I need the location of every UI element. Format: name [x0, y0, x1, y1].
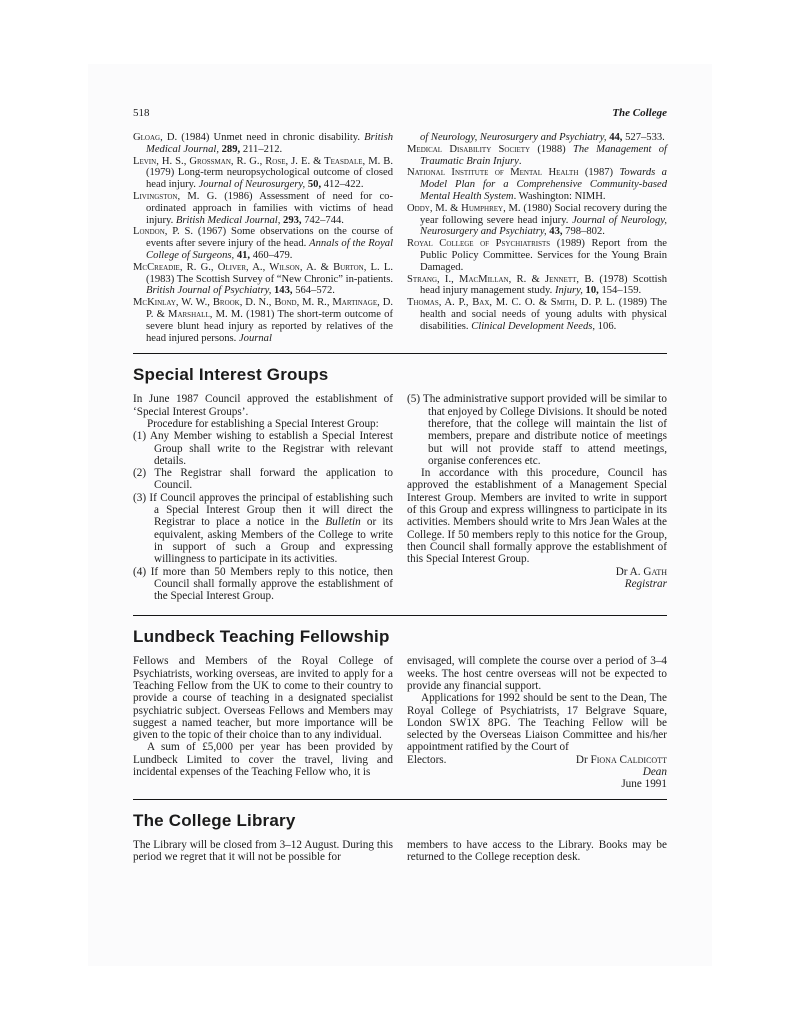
paragraph: envisaged, will complete the course over…	[407, 655, 667, 692]
text-segment: Medical Disability Society	[407, 144, 530, 155]
text-segment: Gloag, D.	[133, 132, 177, 143]
text-segment: 293,	[283, 215, 302, 226]
text-segment: McCreadie, R. G., Oliver, A., Wilson, A.…	[133, 262, 393, 273]
section-heading-special-interest-groups: Special Interest Groups	[133, 365, 667, 385]
reference-entry: of Neurology, Neurosurgery and Psychiatr…	[407, 132, 667, 144]
text-segment: envisaged, will complete the course over…	[407, 655, 667, 692]
text-segment: 44,	[609, 132, 622, 143]
paragraph: A sum of £5,000 per year has been provid…	[133, 741, 393, 778]
text-segment: Journal	[239, 333, 272, 344]
text-segment: (1987)	[578, 167, 619, 178]
section-divider	[133, 353, 667, 354]
reference-entry: London, P. S. (1967) Some observations o…	[133, 226, 393, 261]
paragraph: In accordance with this procedure, Counc…	[407, 467, 667, 565]
section-special-interest-groups: In June 1987 Council approved the establ…	[133, 393, 667, 602]
text-segment: Injury,	[555, 285, 586, 296]
reference-entry: Levin, H. S., Grossman, R. G., Rose, J. …	[133, 156, 393, 191]
line-left: Electors.	[407, 754, 446, 766]
reference-entry: McCreadie, R. G., Oliver, A., Wilson, A.…	[133, 262, 393, 297]
reference-entry: Medical Disability Society (1988) The Ma…	[407, 144, 667, 168]
text-segment: Electors.	[407, 754, 446, 766]
text-segment: 460–479.	[250, 250, 292, 261]
document-scan: { "colors": {"page_background": "#fbfbfc…	[0, 0, 800, 1036]
section-heading-the-college-library: The College Library	[133, 811, 667, 831]
signature-line: Dr A. Gath	[407, 566, 667, 578]
college-library-left-column: The Library will be closed from 3–12 Aug…	[133, 839, 393, 864]
page-number: 518	[133, 107, 150, 119]
text-segment: Livingston, M. G.	[133, 191, 217, 202]
text-segment: 10,	[586, 285, 599, 296]
line-right: Dr Fiona Caldicott	[576, 754, 667, 766]
paragraph: The Library will be closed from 3–12 Aug…	[133, 839, 393, 864]
text-segment: 41,	[237, 250, 250, 261]
reference-entry: Strang, I., MacMillan, R. & Jennett, B. …	[407, 274, 667, 298]
text-segment: Strang, I., MacMillan, R. & Jennett, B.	[407, 274, 594, 285]
text-segment: Gath	[643, 566, 667, 578]
text-segment: members to have access to the Library. B…	[407, 839, 667, 863]
text-segment: British Journal of Psychiatry,	[146, 285, 274, 296]
paragraph: (2) The Registrar shall forward the appl…	[133, 467, 393, 492]
text-segment: 43,	[549, 226, 562, 237]
text-segment: June 1991	[621, 778, 667, 790]
paragraph: (1) Any Member wishing to establish a Sp…	[133, 430, 393, 467]
text-segment: Procedure for establishing a Special Int…	[147, 418, 379, 430]
reference-entry: Royal College of Psychiatrists (1989) Re…	[407, 238, 667, 273]
text-segment: Dr A.	[616, 566, 644, 578]
text-segment: Fiona Caldicott	[591, 754, 667, 766]
text-segment: Royal College of Psychiatrists	[407, 238, 550, 249]
text-segment: of Neurology, Neurosurgery and Psychiatr…	[420, 132, 609, 143]
text-segment: 211–212.	[240, 144, 282, 155]
reference-entry: Oddy, M. & Humphrey, M. (1980) Social re…	[407, 203, 667, 238]
paragraph: (4) If more than 50 Members reply to thi…	[133, 566, 393, 603]
paragraph: Fellows and Members of the Royal College…	[133, 655, 393, 741]
page-header: 518 The College	[133, 64, 667, 119]
text-segment: 50,	[308, 179, 321, 190]
text-segment: Dean	[643, 766, 667, 778]
text-segment: Bulletin	[325, 516, 360, 528]
text-segment: 289,	[222, 144, 241, 155]
text-segment: Applications for 1992 should be sent to …	[407, 692, 667, 753]
paragraph: Procedure for establishing a Special Int…	[133, 418, 393, 430]
references-right-column: of Neurology, Neurosurgery and Psychiatr…	[407, 132, 667, 344]
section-heading-lundbeck-teaching-fellowship: Lundbeck Teaching Fellowship	[133, 627, 667, 647]
college-library-right-column: members to have access to the Library. B…	[407, 839, 667, 864]
references-section: Gloag, D. (1984) Unmet need in chronic d…	[133, 132, 667, 344]
lundbeck-left-column: Fellows and Members of the Royal College…	[133, 655, 393, 790]
signature-line: June 1991	[407, 778, 667, 790]
text-segment: .	[519, 156, 522, 167]
text-segment: Clinical Development Needs	[471, 321, 592, 332]
text-segment: In accordance with this procedure, Counc…	[407, 467, 667, 565]
section-divider	[133, 615, 667, 616]
reference-entry: Gloag, D. (1984) Unmet need in chronic d…	[133, 132, 393, 156]
text-segment: Fellows and Members of the Royal College…	[133, 655, 393, 741]
text-segment: (1988)	[530, 144, 573, 155]
running-head: The College	[612, 107, 667, 119]
paragraph: In June 1987 Council approved the establ…	[133, 393, 393, 418]
special-interest-groups-right-column: (5) The administrative support provided …	[407, 393, 667, 602]
text-segment: Oddy, M. & Humphrey, M.	[407, 203, 521, 214]
text-segment: , 106.	[592, 321, 616, 332]
paragraph: (5) The administrative support provided …	[407, 393, 667, 467]
text-segment: 742–744.	[302, 215, 344, 226]
text-segment: Registrar	[625, 578, 667, 590]
paragraph: Applications for 1992 should be sent to …	[407, 692, 667, 753]
text-segment: (4) If more than 50 Members reply to thi…	[133, 566, 393, 603]
scanned-page: 518 The College Gloag, D. (1984) Unmet n…	[88, 64, 712, 966]
text-segment: British Medical Journal,	[176, 215, 283, 226]
text-segment: A sum of £5,000 per year has been provid…	[133, 741, 393, 778]
reference-entry: National Institute of Mental Health (198…	[407, 167, 667, 202]
text-segment: Thomas, A. P., Bax, M. C. O. & Smith, D.…	[407, 297, 615, 308]
text-segment: (5) The administrative support provided …	[407, 393, 667, 466]
lundbeck-right-column: envisaged, will complete the course over…	[407, 655, 667, 790]
text-segment: In June 1987 Council approved the establ…	[133, 393, 393, 417]
text-segment: 412–422.	[321, 179, 363, 190]
reference-entry: Thomas, A. P., Bax, M. C. O. & Smith, D.…	[407, 297, 667, 332]
signature-line: Electors.Dr Fiona Caldicott	[407, 754, 667, 766]
text-segment: Dr	[576, 754, 591, 766]
reference-entry: Livingston, M. G. (1986) Assessment of n…	[133, 191, 393, 226]
references-left-column: Gloag, D. (1984) Unmet need in chronic d…	[133, 132, 393, 344]
text-segment: 564–572.	[293, 285, 335, 296]
text-segment: Journal of Neurosurgery,	[199, 179, 308, 190]
text-segment: The Library will be closed from 3–12 Aug…	[133, 839, 393, 863]
text-segment: National Institute of Mental Health	[407, 167, 578, 178]
text-segment: . Washington: NIMH.	[514, 191, 606, 202]
paragraph: (3) If Council approves the principal of…	[133, 492, 393, 566]
special-interest-groups-left-column: In June 1987 Council approved the establ…	[133, 393, 393, 602]
text-segment: (1984) Unmet need in chronic disability.	[177, 132, 364, 143]
section-the-college-library: The Library will be closed from 3–12 Aug…	[133, 839, 667, 864]
text-segment: 143,	[274, 285, 293, 296]
text-segment: 527–533.	[622, 132, 664, 143]
signature-line: Registrar	[407, 578, 667, 590]
text-segment: London, P. S.	[133, 226, 193, 237]
text-segment: Levin, H. S., Grossman, R. G., Rose, J. …	[133, 156, 393, 167]
text-segment: (2) The Registrar shall forward the appl…	[133, 467, 393, 491]
signature-line: Dean	[407, 766, 667, 778]
text-segment: 798–802.	[563, 226, 605, 237]
text-segment: (1) Any Member wishing to establish a Sp…	[133, 430, 393, 467]
paragraph: members to have access to the Library. B…	[407, 839, 667, 864]
text-segment: 154–159.	[599, 285, 641, 296]
reference-entry: McKinlay, W. W., Brook, D. N., Bond, M. …	[133, 297, 393, 344]
section-lundbeck-teaching-fellowship: Fellows and Members of the Royal College…	[133, 655, 667, 790]
section-divider	[133, 799, 667, 800]
text-segment: (1983) The Scottish Survey of “New Chron…	[146, 274, 393, 285]
